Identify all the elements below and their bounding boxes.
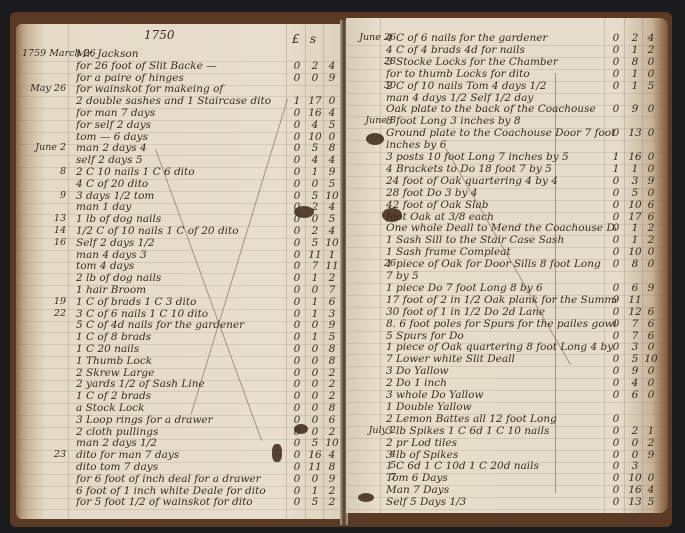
entry-description: 1 Sash frame Compleat: [386, 246, 616, 258]
amount-pence: 2: [323, 272, 341, 284]
entry-description: 1 Double Yallow: [386, 401, 616, 413]
header-year: 1750: [144, 28, 175, 42]
amount-shillings: 7: [626, 318, 644, 330]
amount-pounds: 0: [288, 178, 306, 190]
amount-pounds: 0: [608, 472, 624, 484]
amount-shillings: 4: [626, 377, 644, 389]
amount-pounds: 0: [288, 473, 306, 485]
ink-stain: [294, 206, 314, 218]
amount-pence: 9: [643, 282, 659, 294]
amount-pence: 3: [323, 308, 341, 320]
amount-shillings: 1: [306, 331, 324, 343]
entry-description: 4 C of 6 nails for the gardener: [386, 32, 616, 44]
amount-pence: 2: [643, 234, 659, 246]
amount-shillings: 0: [306, 378, 324, 390]
amount-shillings: 16: [626, 484, 644, 496]
amount-pounds: 0: [608, 258, 624, 270]
entry-description: 3 whole Do Yallow: [386, 389, 616, 401]
amount-pounds: 0: [608, 282, 624, 294]
amount-pounds: 1: [608, 151, 624, 163]
entry-date: 8: [22, 166, 66, 177]
ledger-entry: Self 5 Days 1/30135: [346, 496, 668, 511]
entry-description: Self 5 Days 1/3: [386, 496, 616, 508]
entry-description: for a paire of hinges: [76, 72, 281, 84]
amount-shillings: 5: [306, 496, 324, 508]
amount-pounds: 0: [608, 199, 624, 211]
amount-pounds: 0: [608, 56, 624, 68]
amount-pence: 6: [323, 414, 341, 426]
entry-description: 2 Lemon Battes all 12 foot Long: [386, 413, 616, 425]
entry-description: 17 foot of 2 in 1/2 Oak plank for the Su…: [386, 294, 616, 306]
amount-pounds: 0: [608, 306, 624, 318]
amount-shillings: 13: [626, 127, 644, 139]
amount-shillings: 1: [626, 44, 644, 56]
amount-pounds: 1: [608, 163, 624, 175]
amount-shillings: 5: [626, 353, 644, 365]
amount-shillings: 6: [626, 282, 644, 294]
entry-date: 22: [22, 308, 66, 319]
amount-pence: 4: [323, 154, 341, 166]
amount-pounds: 0: [608, 175, 624, 187]
amount-pence: 0: [643, 163, 659, 175]
entry-description: 1 C 20 nails: [76, 343, 281, 355]
amount-shillings: 16: [306, 449, 324, 461]
amount-pence: 1: [643, 425, 659, 437]
amount-shillings: 10: [306, 131, 324, 143]
entry-description: 2 yards 1/2 of Sash Line: [76, 378, 281, 390]
amount-shillings: 2: [306, 60, 324, 72]
amount-pence: 8: [323, 402, 341, 414]
amount-pence: 2: [643, 44, 659, 56]
amount-pence: 6: [643, 306, 659, 318]
amount-shillings: 4: [306, 119, 324, 131]
amount-shillings: 16: [306, 107, 324, 119]
amount-pence: 6: [643, 330, 659, 342]
amount-pence: 0: [643, 258, 659, 270]
amount-pence: 2: [643, 222, 659, 234]
entry-description: 5 Spurs for Do: [386, 330, 616, 342]
entry-description: 4 Brackets to Do 18 foot 7 by 5: [386, 163, 616, 175]
amount-pounds: 0: [608, 496, 624, 508]
amount-pounds: 0: [608, 246, 624, 258]
amount-shillings: 9: [626, 103, 644, 115]
entry-description: 2 C of 10 nails Tom 4 days 1/2: [386, 80, 616, 92]
entry-description: 4 C of 20 dito: [76, 178, 281, 190]
amount-pounds: 0: [288, 272, 306, 284]
entry-description: 8. 6 foot poles for Spurs for the pailes…: [386, 318, 616, 330]
amount-shillings: 1: [306, 272, 324, 284]
amount-shillings: 3: [626, 341, 644, 353]
amount-pence: 2: [323, 485, 341, 497]
amount-pounds: 0: [608, 449, 624, 461]
amount-shillings: 0: [626, 449, 644, 461]
amount-pounds: 0: [608, 413, 624, 425]
entry-description: One whole Deall to Mend the Coachouse Do…: [386, 222, 616, 234]
amount-pounds: 0: [288, 284, 306, 296]
entry-description: 1 hair Broom: [76, 284, 281, 296]
entry-description: 1 Thumb Lock: [76, 355, 281, 367]
amount-shillings: 0: [306, 473, 324, 485]
amount-shillings: 2: [306, 225, 324, 237]
amount-pounds: 0: [608, 484, 624, 496]
amount-pence: 0: [643, 103, 659, 115]
amount-pounds: 0: [608, 330, 624, 342]
amount-shillings: 10: [626, 246, 644, 258]
amount-shillings: 11: [306, 249, 324, 261]
amount-shillings: 0: [306, 390, 324, 402]
amount-pounds: 0: [608, 353, 624, 365]
entry-description: 6 foot of 1 inch white Deale for dito: [76, 485, 281, 497]
entry-description: 3 lb Spikes 1 C 6d 1 C 10 nails: [386, 425, 616, 437]
amount-pounds: 0: [608, 365, 624, 377]
entry-description: 2 Do 1 inch: [386, 377, 616, 389]
amount-pence: 8: [323, 142, 341, 154]
amount-pence: 10: [323, 237, 341, 249]
entry-description: 3 C of 6 nails 1 C 10 dito: [76, 308, 281, 320]
amount-pence: 0: [643, 389, 659, 401]
amount-pence: 5: [323, 213, 341, 225]
entry-description: for self 2 days: [76, 119, 281, 131]
amount-pence: 7: [323, 284, 341, 296]
entry-description: 2 C 10 nails 1 C 6 dito: [76, 166, 281, 178]
amount-pence: 2: [323, 378, 341, 390]
amount-shillings: 0: [306, 414, 324, 426]
entry-description: tom 4 days: [76, 260, 281, 272]
amount-pence: 9: [323, 166, 341, 178]
amount-pounds: 0: [288, 343, 306, 355]
entry-date: 1759 March 26: [22, 48, 66, 59]
amount-shillings: 11: [306, 461, 324, 473]
entry-description: Man 7 Days: [386, 484, 616, 496]
entry-description: 2 double sashes and 1 Staircase dito: [76, 95, 281, 107]
amount-pounds: 0: [288, 485, 306, 497]
amount-pounds: 0: [288, 154, 306, 166]
amount-shillings: 4: [306, 154, 324, 166]
entry-description: 42 foot of Oak Slab: [386, 199, 616, 211]
amount-pounds: 0: [608, 68, 624, 80]
amount-pounds: 0: [288, 190, 306, 202]
ink-stain: [366, 133, 384, 145]
amount-pounds: 0: [288, 390, 306, 402]
amount-shillings: 12: [626, 306, 644, 318]
entry-date: 23: [22, 449, 66, 460]
amount-pounds: 0: [288, 355, 306, 367]
amount-pounds: 0: [608, 127, 624, 139]
amount-pounds: 0: [608, 103, 624, 115]
amount-pounds: 0: [288, 119, 306, 131]
amount-shillings: 0: [306, 343, 324, 355]
entry-description: Oak plate to the back of the Coachouse: [386, 103, 616, 115]
amount-shillings: 0: [306, 367, 324, 379]
amount-pounds: 0: [288, 308, 306, 320]
amount-shillings: 0: [306, 72, 324, 84]
amount-pounds: 0: [288, 107, 306, 119]
amount-pence: 9: [323, 473, 341, 485]
amount-pounds: 0: [288, 461, 306, 473]
amount-pence: 0: [643, 365, 659, 377]
entry-description: man 4 days 1/2 Self 1/2 day: [386, 92, 616, 104]
amount-shillings: 1: [626, 234, 644, 246]
entry-description: 1 C of 8 brads: [76, 331, 281, 343]
entry-description: man 2 days 1/2: [76, 437, 281, 449]
amount-pounds: 0: [288, 131, 306, 143]
entry-description: 8 foot Long 3 inches by 8: [386, 115, 616, 127]
entry-description: 3 days 1/2 tom: [76, 190, 281, 202]
amount-pounds: 0: [608, 389, 624, 401]
amount-pence: 0: [643, 68, 659, 80]
entry-description: Tom 6 Days: [386, 472, 616, 484]
amount-pounds: 0: [288, 237, 306, 249]
amount-pence: 9: [323, 319, 341, 331]
amount-pence: 0: [643, 472, 659, 484]
amount-shillings: 0: [306, 355, 324, 367]
entry-description: 28 foot Do 3 by 4: [386, 187, 616, 199]
amount-shillings: 1: [626, 68, 644, 80]
entry-description: foot Oak at 3/8 each: [386, 211, 616, 223]
entry-description: for 26 foot of Slit Backe —: [76, 60, 281, 72]
amount-shillings: 10: [626, 472, 644, 484]
amount-pounds: 0: [288, 319, 306, 331]
amount-pence: 8: [323, 343, 341, 355]
amount-pence: 2: [323, 390, 341, 402]
ink-stain: [382, 208, 402, 222]
entry-description: for 5 foot 1/2 of wainskot for dito: [76, 496, 281, 508]
amount-pence: 2: [323, 367, 341, 379]
entry-description: 1 C of 2 brads: [76, 390, 281, 402]
left-page: 1750 £ s 1759 March 26Mr. Jacksonfor 26 …: [16, 24, 342, 519]
amount-shillings: 9: [626, 365, 644, 377]
amount-pence: 5: [643, 80, 659, 92]
shillings-header: s: [310, 32, 316, 46]
amount-shillings: 1: [306, 296, 324, 308]
entry-description: dito for man 7 days: [76, 449, 281, 461]
amount-pounds: 0: [608, 341, 624, 353]
entry-description: 7 Lower white Slit Deall: [386, 353, 616, 365]
amount-pence: 4: [323, 449, 341, 461]
amount-shillings: 2: [626, 32, 644, 44]
amount-pence: 2: [323, 426, 341, 438]
entry-date: 16: [22, 237, 66, 248]
entry-description: Ground plate to the Coachouse Door 7 foo…: [386, 127, 616, 139]
amount-shillings: 0: [626, 437, 644, 449]
amount-pounds: 0: [288, 437, 306, 449]
entry-date: 9: [22, 190, 66, 201]
amount-pence: 4: [323, 201, 341, 213]
amount-pounds: 0: [288, 72, 306, 84]
amount-shillings: 7: [626, 330, 644, 342]
entry-description: 5 C of 4d nails for the gardener: [76, 319, 281, 331]
amount-pounds: 0: [608, 318, 624, 330]
amount-shillings: 0: [306, 284, 324, 296]
amount-pence: 9: [323, 72, 341, 84]
amount-pounds: 0: [608, 437, 624, 449]
entry-description: 7 by 5: [386, 270, 616, 282]
entry-date: 13: [22, 213, 66, 224]
amount-shillings: 0: [306, 426, 324, 438]
amount-shillings: 11: [626, 294, 644, 306]
amount-pence: 11: [323, 260, 341, 272]
amount-pence: 9: [643, 175, 659, 187]
amount-shillings: 13: [626, 496, 644, 508]
entry-description: 3 posts 10 foot Long 7 inches by 5: [386, 151, 616, 163]
amount-pence: 6: [643, 199, 659, 211]
pounds-header: £: [292, 32, 300, 46]
amount-pence: 4: [643, 484, 659, 496]
amount-pounds: 0: [288, 402, 306, 414]
amount-pence: 2: [323, 496, 341, 508]
amount-pounds: 0: [288, 378, 306, 390]
amount-pence: 9: [643, 449, 659, 461]
amount-pence: 10: [323, 190, 341, 202]
amount-pence: 10: [323, 437, 341, 449]
amount-pence: 6: [323, 296, 341, 308]
amount-pounds: 0: [288, 367, 306, 379]
amount-shillings: 17: [626, 211, 644, 223]
amount-pence: 0: [643, 341, 659, 353]
amount-shillings: 5: [306, 142, 324, 154]
amount-pence: 4: [323, 225, 341, 237]
amount-shillings: 0: [306, 319, 324, 331]
entry-description: for to thumb Locks for dito: [386, 68, 616, 80]
entry-description: 1 C of brads 1 C 3 dito: [76, 296, 281, 308]
entry-date: 19: [22, 296, 66, 307]
amount-pence: 4: [323, 107, 341, 119]
amount-pounds: 0: [288, 296, 306, 308]
amount-pence: 0: [643, 246, 659, 258]
entry-date: June 2: [22, 142, 66, 153]
amount-pounds: 0: [608, 377, 624, 389]
amount-pence: 0: [643, 56, 659, 68]
amount-shillings: 0: [306, 402, 324, 414]
amount-shillings: 3: [626, 460, 644, 472]
amount-pence: 10: [643, 353, 659, 365]
amount-pounds: 0: [288, 60, 306, 72]
entry-description: for wainskot for makeing of: [76, 83, 281, 95]
amount-pounds: 0: [288, 166, 306, 178]
amount-pence: 4: [323, 60, 341, 72]
entry-description: 24 foot of Oak quartering 4 by 4: [386, 175, 616, 187]
amount-shillings: 1: [306, 485, 324, 497]
amount-pence: 0: [643, 377, 659, 389]
amount-pounds: 0: [608, 80, 624, 92]
entry-description: 30 foot of 1 in 1/2 Do 2d Lane: [386, 306, 616, 318]
amount-shillings: 2: [626, 425, 644, 437]
amount-shillings: 10: [626, 199, 644, 211]
amount-pounds: 0: [288, 142, 306, 154]
amount-shillings: 1: [626, 222, 644, 234]
entry-description: Self 2 days 1/2: [76, 237, 281, 249]
amount-pounds: 0: [288, 496, 306, 508]
amount-pence: 0: [643, 187, 659, 199]
entry-description: 3 lb of Spikes: [386, 449, 616, 461]
amount-pounds: 0: [608, 425, 624, 437]
entry-description: 1 piece of Oak for Door Sills 8 foot Lon…: [386, 258, 616, 270]
entry-description: for man 7 days: [76, 107, 281, 119]
amount-shillings: 1: [306, 308, 324, 320]
entry-date: 14: [22, 225, 66, 236]
amount-pence: 0: [323, 95, 341, 107]
entry-description: dito tom 7 days: [76, 461, 281, 473]
entry-description: 2 Skrew Large: [76, 367, 281, 379]
entry-description: man 2 days 4: [76, 142, 281, 154]
amount-pounds: 0: [608, 234, 624, 246]
entry-description: 1/2 C of 10 nails 1 C of 20 dito: [76, 225, 281, 237]
entry-description: 1 piece of Oak quartering 8 foot Long 4 …: [386, 341, 616, 353]
entry-description: 2 lb of dog nails: [76, 272, 281, 284]
amount-pence: 4: [643, 32, 659, 44]
amount-pence: 0: [643, 127, 659, 139]
amount-pence: 5: [323, 331, 341, 343]
entry-description: 3 Stocke Locks for the Chamber: [386, 56, 616, 68]
amount-shillings: 5: [306, 437, 324, 449]
entry-description: 3 Loop rings for a drawer: [76, 414, 281, 426]
amount-shillings: 0: [306, 178, 324, 190]
amount-shillings: 6: [626, 389, 644, 401]
amount-shillings: 1: [626, 163, 644, 175]
amount-shillings: 1: [306, 166, 324, 178]
amount-shillings: 5: [626, 187, 644, 199]
entry-description: self 2 days 5: [76, 154, 281, 166]
amount-shillings: 16: [626, 151, 644, 163]
entry-description: 2 pr Lod tiles: [386, 437, 616, 449]
amount-shillings: 8: [626, 258, 644, 270]
amount-pounds: 0: [608, 187, 624, 199]
amount-shillings: 8: [626, 56, 644, 68]
entry-description: tom — 6 days: [76, 131, 281, 143]
amount-pence: 6: [643, 318, 659, 330]
amount-pounds: 0: [608, 460, 624, 472]
strike-line: [555, 73, 556, 493]
amount-pence: 0: [323, 131, 341, 143]
entry-description: 1 C 6d 1 C 10d 1 C 20d nails: [386, 460, 616, 472]
amount-pence: 5: [643, 496, 659, 508]
amount-shillings: 1: [626, 80, 644, 92]
amount-pounds: 0: [608, 44, 624, 56]
entry-description: 1 piece Do 7 foot Long 8 by 6: [386, 282, 616, 294]
amount-shillings: 3: [626, 175, 644, 187]
amount-pounds: 0: [288, 249, 306, 261]
amount-pounds: 9: [608, 294, 624, 306]
amount-pounds: 0: [608, 211, 624, 223]
amount-pounds: 0: [608, 222, 624, 234]
amount-shillings: 5: [306, 237, 324, 249]
amount-pounds: 0: [288, 225, 306, 237]
amount-shillings: 5: [306, 190, 324, 202]
entry-description: man 4 days 3: [76, 249, 281, 261]
ink-stain: [294, 424, 308, 434]
amount-pence: 0: [643, 151, 659, 163]
amount-pounds: 0: [288, 260, 306, 272]
ledger-entry: for 5 foot 1/2 of wainskot for dito052: [16, 496, 342, 511]
amount-pence: 5: [323, 178, 341, 190]
ink-stain: [272, 444, 282, 462]
entry-description: 4 C of 4 brads 4d for nails: [386, 44, 616, 56]
right-page: June 264 C of 6 nails for the gardener02…: [346, 18, 668, 513]
amount-pence: 2: [643, 437, 659, 449]
ledger-book: 1750 £ s 1759 March 26Mr. Jacksonfor 26 …: [12, 10, 672, 525]
amount-pence: 6: [643, 211, 659, 223]
entry-description: 2 cloth pullings: [76, 426, 281, 438]
amount-pounds: 0: [288, 449, 306, 461]
amount-pence: 8: [323, 461, 341, 473]
amount-shillings: 7: [306, 260, 324, 272]
entry-description: for 6 foot of inch deal for a drawer: [76, 473, 281, 485]
amount-pence: 1: [323, 249, 341, 261]
amount-pence: 8: [323, 355, 341, 367]
amount-pounds: 1: [288, 95, 306, 107]
ink-stain: [358, 493, 374, 502]
amount-shillings: 17: [306, 95, 324, 107]
